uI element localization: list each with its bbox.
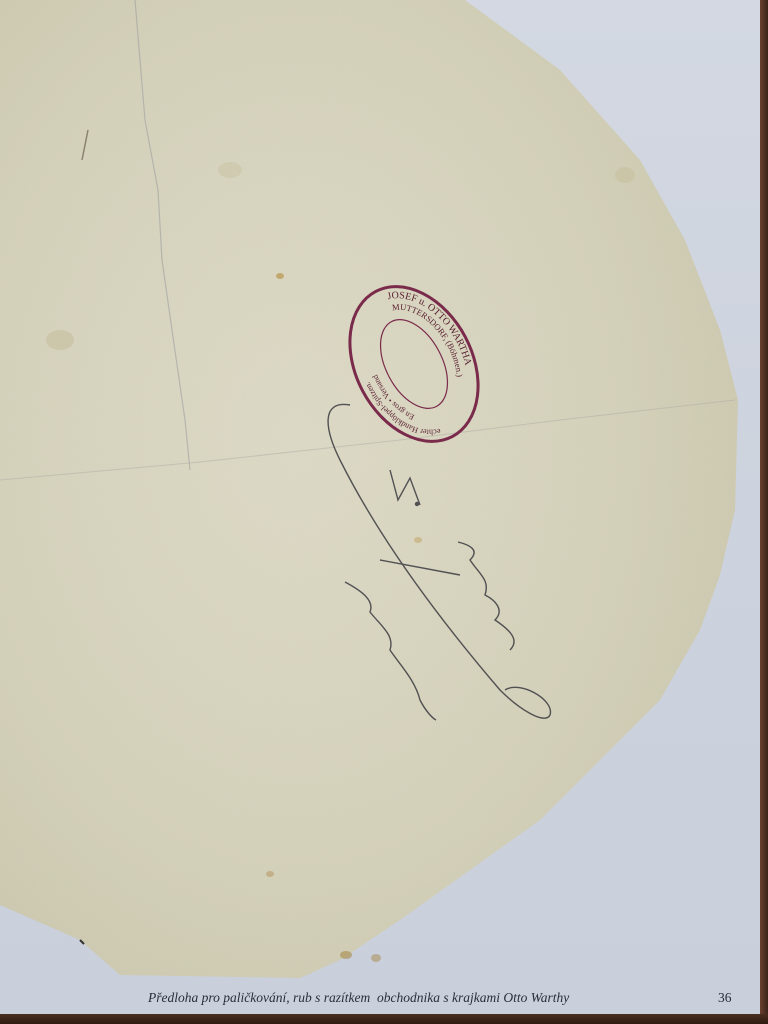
book-page: JOSEF u. OTTO WARTHA MUTTERSDORF, (Böhme…: [0, 0, 760, 1014]
book-edge-right: [760, 0, 768, 1024]
aged-paper-pattern: [0, 0, 760, 1014]
book-edge-bottom: [0, 1014, 768, 1024]
page-number: 36: [718, 990, 732, 1006]
figure-caption: Předloha pro paličkování, rub s razítkem…: [148, 990, 569, 1006]
merchant-stamp: JOSEF u. OTTO WARTHA MUTTERSDORF, (Böhme…: [344, 274, 484, 454]
